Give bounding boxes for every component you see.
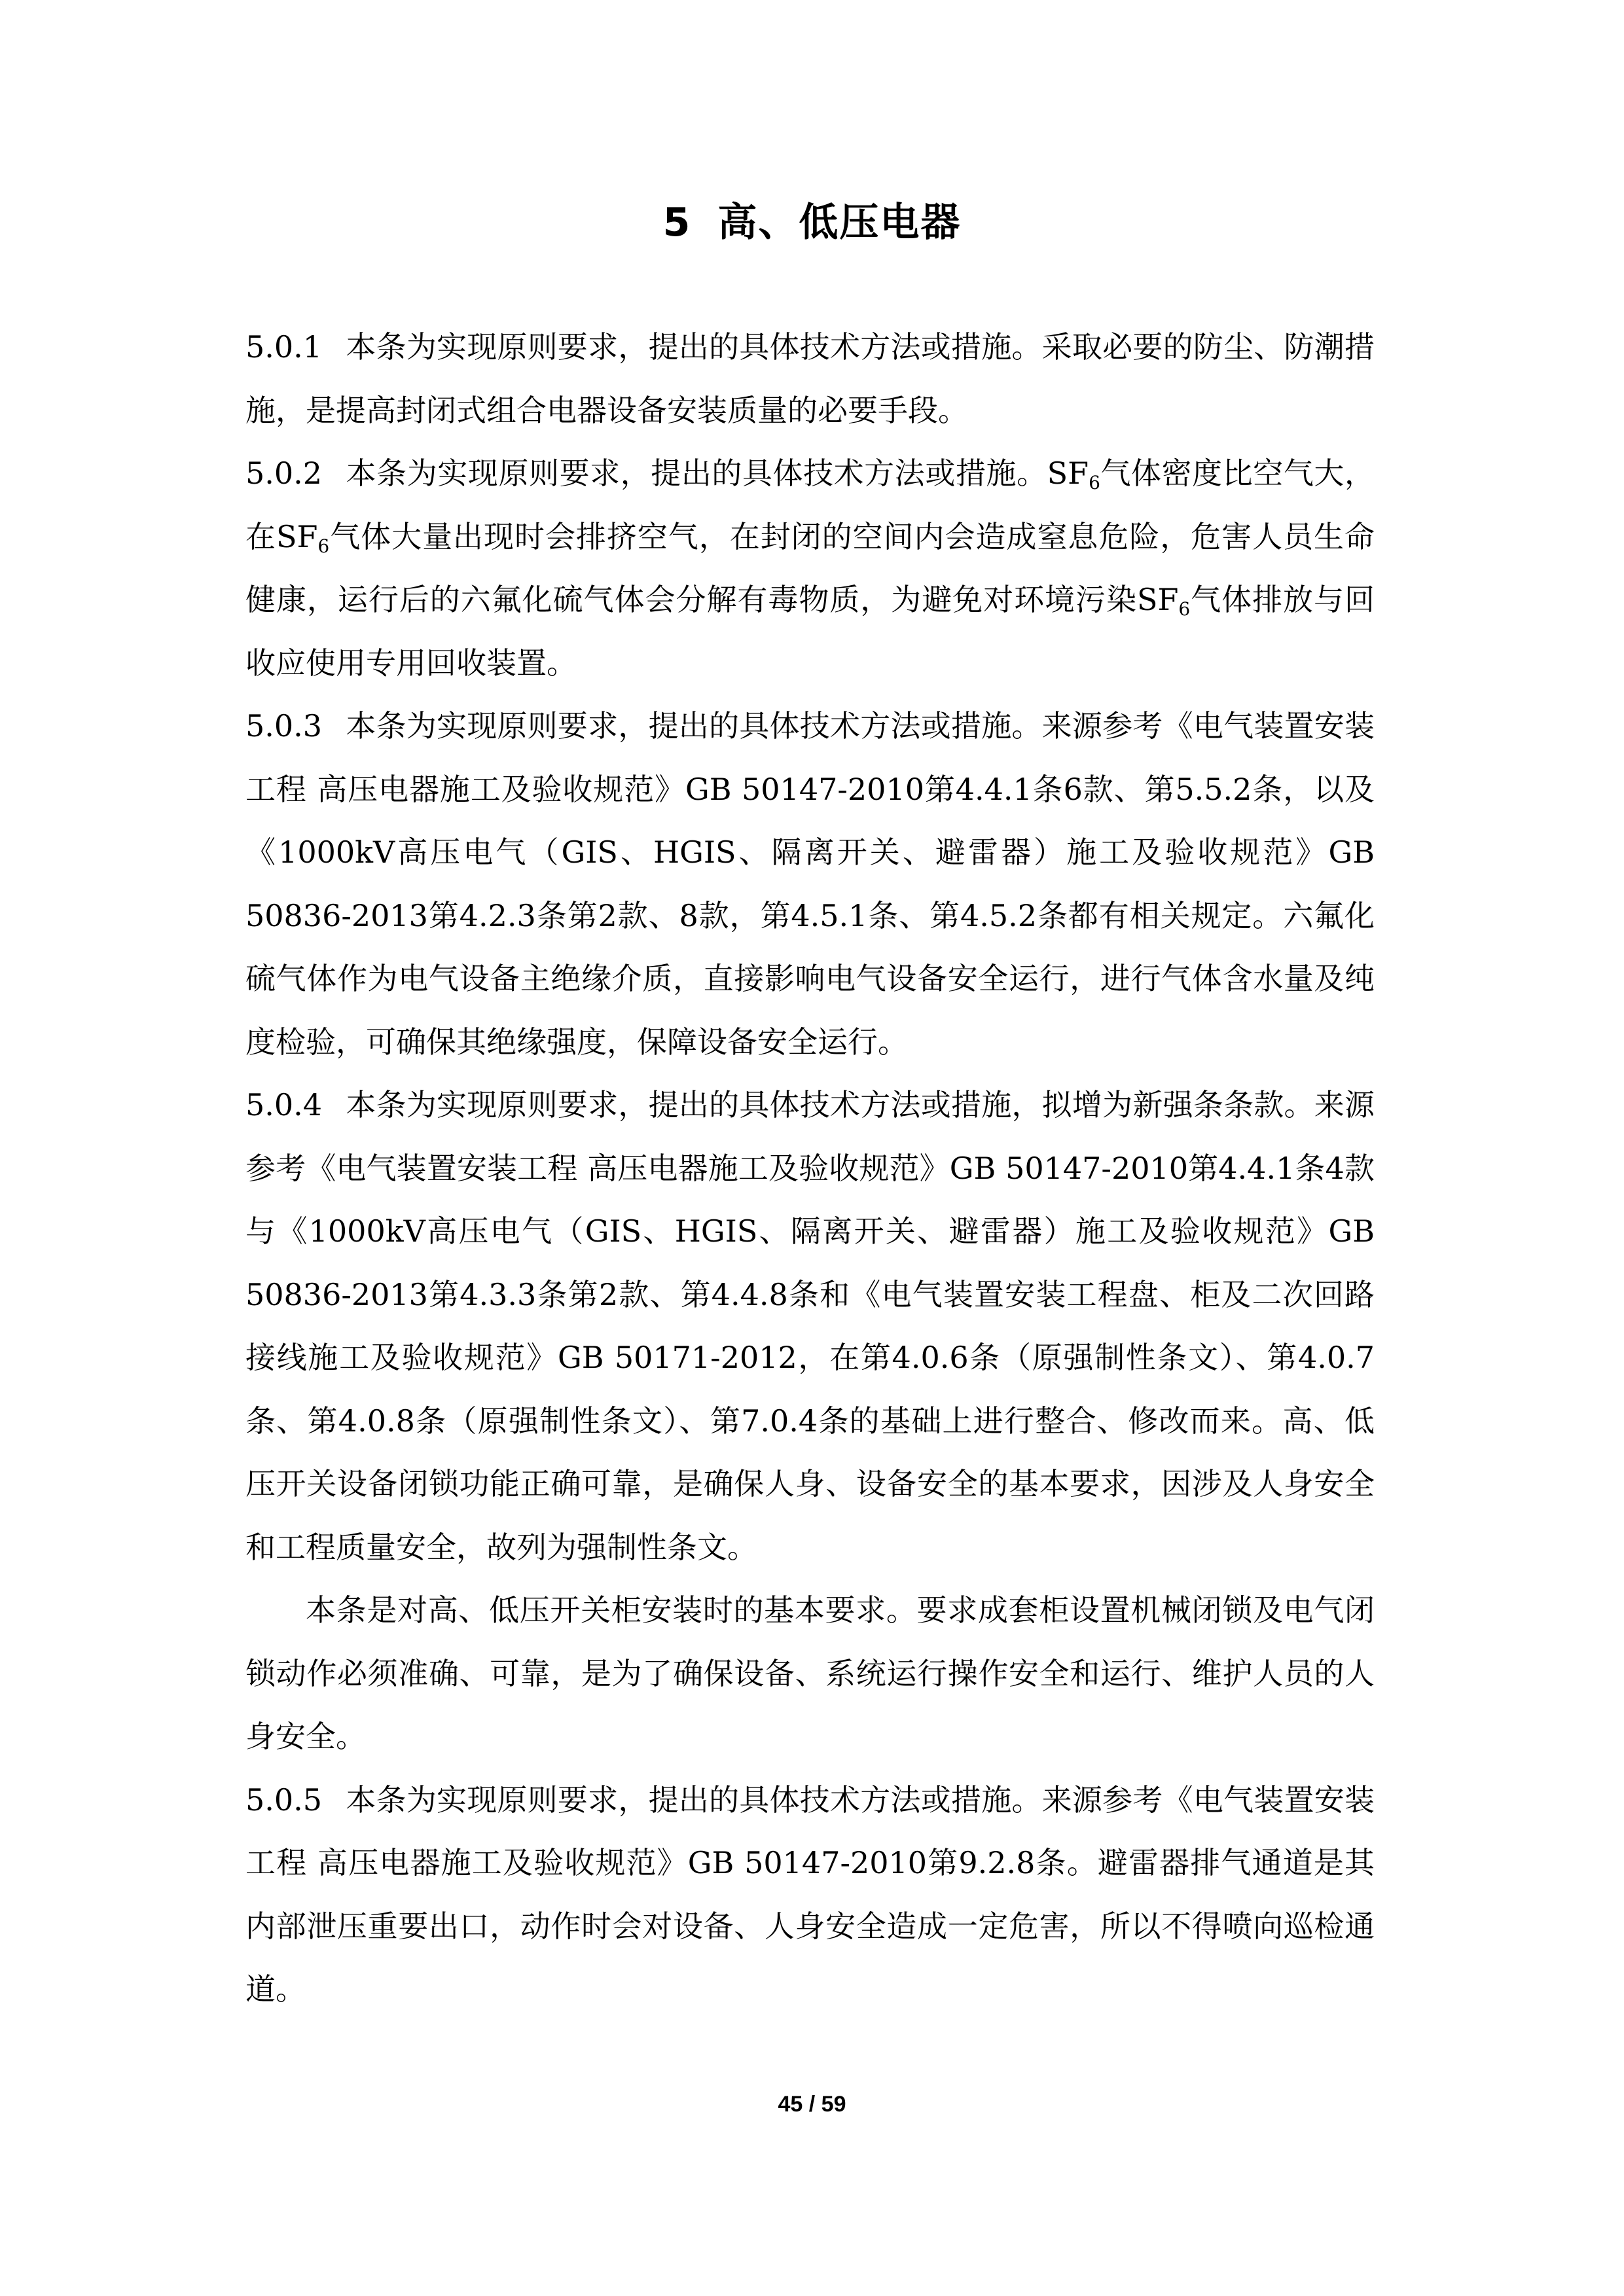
clause-paragraph-5-0-1: 5.0.1本条为实现原则要求，提出的具体技术方法或措施。采取必要的防尘、防潮措施… bbox=[245, 315, 1375, 442]
subscript: 6 bbox=[1178, 598, 1190, 620]
clause-number: 5.0.1 bbox=[245, 329, 322, 365]
clause-paragraph-5-0-2: 5.0.2本条为实现原则要求，提出的具体技术方法或措施。SF6气体密度比空气大，… bbox=[245, 442, 1375, 694]
subscript: 6 bbox=[1089, 472, 1100, 493]
clause-number: 5.0.5 bbox=[245, 1782, 322, 1818]
clause-paragraph-5-0-4: 5.0.4本条为实现原则要求，提出的具体技术方法或措施，拟增为新强条条款。来源参… bbox=[245, 1073, 1375, 1579]
section-title-text: 高、低压电器 bbox=[717, 200, 961, 245]
clause-number: 5.0.2 bbox=[245, 456, 322, 491]
section-number: 5 bbox=[663, 200, 692, 245]
clause-number: 5.0.4 bbox=[245, 1087, 322, 1122]
explanation-paragraph: 本条是对高、低压开关柜安装时的基本要求。要求成套柜设置机械闭锁及电气闭锁动作必须… bbox=[245, 1579, 1375, 1768]
clause-number: 5.0.3 bbox=[245, 708, 322, 744]
subscript: 6 bbox=[317, 535, 329, 557]
page-number: 45 / 59 bbox=[0, 2092, 1624, 2117]
document-body: 5.0.1本条为实现原则要求，提出的具体技术方法或措施。采取必要的防尘、防潮措施… bbox=[245, 315, 1375, 2021]
clause-text: 本条为实现原则要求，提出的具体技术方法或措施。采取必要的防尘、防潮措施，是提高封… bbox=[245, 329, 1375, 428]
paragraph-text: 本条是对高、低压开关柜安装时的基本要求。要求成套柜设置机械闭锁及电气闭锁动作必须… bbox=[245, 1592, 1375, 1754]
clause-text: 本条为实现原则要求，提出的具体技术方法或措施。来源参考《电气装置安装工程 高压电… bbox=[245, 1782, 1375, 2007]
clause-text: 本条为实现原则要求，提出的具体技术方法或措施。来源参考《电气装置安装工程 高压电… bbox=[245, 708, 1375, 1060]
clause-text: 本条为实现原则要求，提出的具体技术方法或措施，拟增为新强条条款。来源参考《电气装… bbox=[245, 1087, 1375, 1565]
section-title: 5高、低压电器 bbox=[0, 193, 1624, 252]
clause-paragraph-5-0-3: 5.0.3本条为实现原则要求，提出的具体技术方法或措施。来源参考《电气装置安装工… bbox=[245, 694, 1375, 1073]
document-page: 5高、低压电器 5.0.1本条为实现原则要求，提出的具体技术方法或措施。采取必要… bbox=[0, 0, 1624, 2296]
clause-text-part: 本条为实现原则要求，提出的具体技术方法或措施。SF bbox=[346, 456, 1089, 491]
clause-paragraph-5-0-5: 5.0.5本条为实现原则要求，提出的具体技术方法或措施。来源参考《电气装置安装工… bbox=[245, 1768, 1375, 2021]
